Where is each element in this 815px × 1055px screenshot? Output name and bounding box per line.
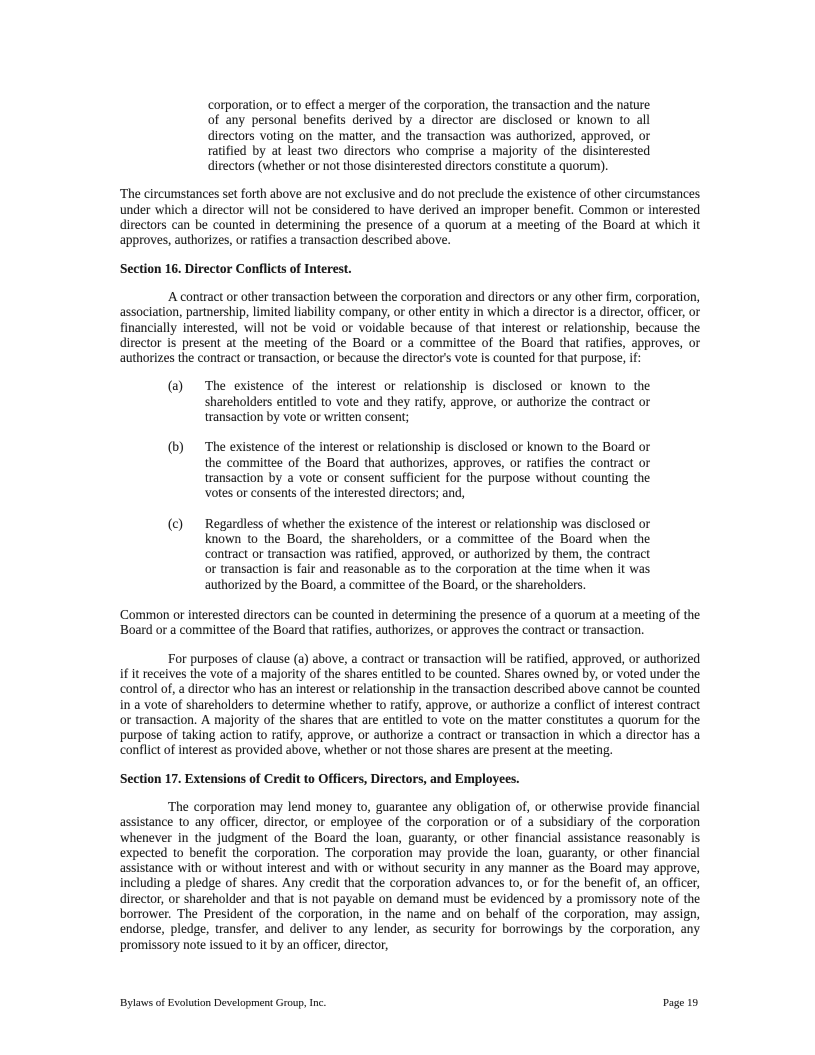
clause-c-text: Regardless of whether the existence of t…: [205, 516, 650, 592]
carryover-indented-paragraph: corporation, or to effect a merger of th…: [208, 97, 650, 173]
clause-b: (b) The existence of the interest or rel…: [168, 439, 650, 500]
clause-b-text: The existence of the interest or relatio…: [205, 439, 650, 500]
footer-document-title: Bylaws of Evolution Development Group, I…: [120, 997, 326, 1010]
paragraph-circumstances: The circumstances set forth above are no…: [120, 186, 700, 247]
clause-a-text: The existence of the interest or relatio…: [205, 378, 650, 424]
paragraph-extensions-of-credit: The corporation may lend money to, guara…: [120, 799, 700, 952]
clause-c: (c) Regardless of whether the existence …: [168, 516, 650, 592]
clause-b-label: (b): [168, 439, 205, 500]
page-footer: Bylaws of Evolution Development Group, I…: [120, 997, 698, 1010]
footer-page-number: Page 19: [663, 997, 698, 1010]
paragraph-contract-transaction: A contract or other transaction between …: [120, 289, 700, 365]
paragraph-common-directors: Common or interested directors can be co…: [120, 607, 700, 638]
document-body: corporation, or to effect a merger of th…: [120, 97, 700, 965]
section-16-heading: Section 16. Director Conflicts of Intere…: [120, 261, 700, 276]
clause-a: (a) The existence of the interest or rel…: [168, 378, 650, 424]
paragraph-clause-a-purposes: For purposes of clause (a) above, a cont…: [120, 651, 700, 758]
document-page: corporation, or to effect a merger of th…: [0, 0, 815, 1055]
section-17-heading: Section 17. Extensions of Credit to Offi…: [120, 771, 700, 786]
clause-a-label: (a): [168, 378, 205, 424]
clause-c-label: (c): [168, 516, 205, 592]
